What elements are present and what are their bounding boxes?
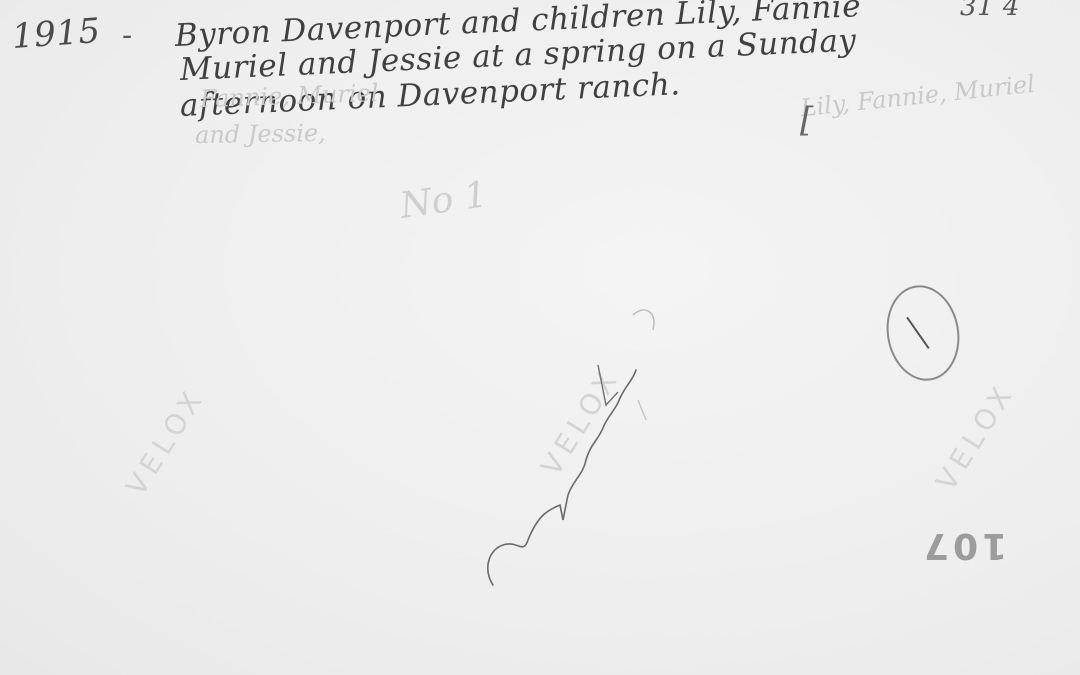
velox-watermark-3: VELOX <box>929 376 1021 496</box>
caption-bracket: [ <box>800 100 814 140</box>
circled-number <box>879 279 967 386</box>
caption-year: 1915 <box>11 11 102 57</box>
velox-watermark-1: VELOX <box>119 381 211 501</box>
ghost-text-b: and Jessie, <box>195 119 326 149</box>
circled-number-mark <box>906 317 929 349</box>
stamp-number: 107 <box>920 525 1007 566</box>
corner-mark: 31 4 <box>960 0 1020 22</box>
caption-dash: - <box>122 18 133 53</box>
ghost-text-c: Lily, Fannie, Muriel <box>799 70 1036 122</box>
number-mark: No 1 <box>398 174 490 227</box>
photo-back: 1915 - Byron Davenport and children Lily… <box>0 0 1080 675</box>
pencil-scrawl-icon <box>468 300 688 600</box>
